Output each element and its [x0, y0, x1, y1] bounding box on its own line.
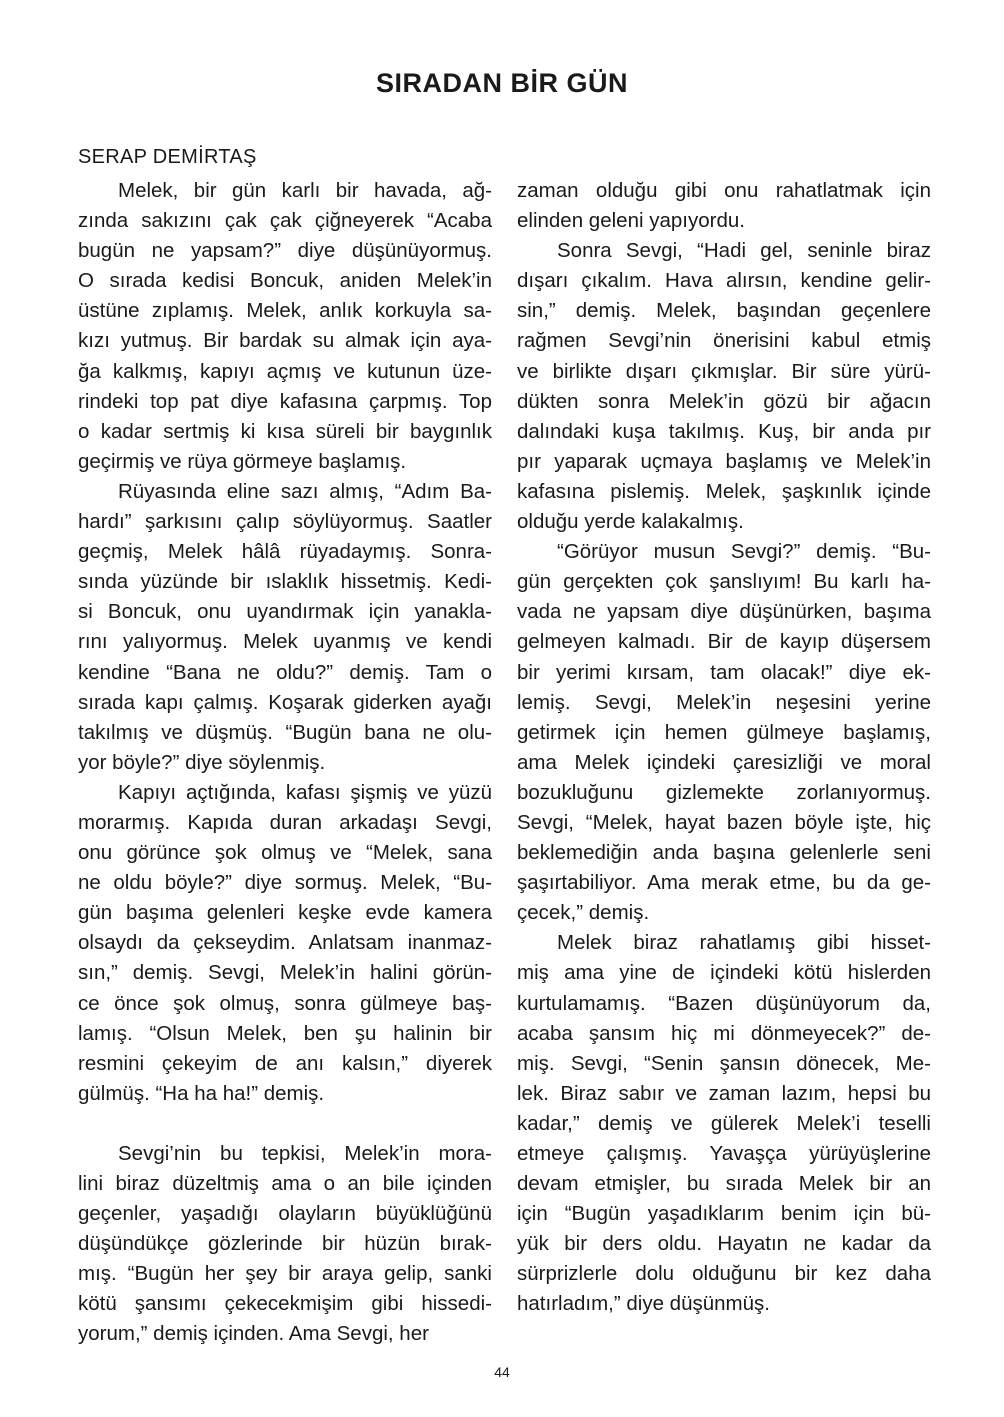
text-line: miş ama yine de içindeki kötü hislerden [517, 958, 931, 988]
text-line: hatırladım,” diye düşünmüş. [517, 1289, 931, 1319]
text-line: lamış. “Olsun Melek, ben şu halinin bir [78, 1019, 492, 1049]
text-line: zında sakızını çak çak çiğneyerek “Acaba [78, 206, 492, 236]
text-line: yor böyle?” diye söylenmiş. [78, 748, 492, 778]
text-line: pır yaparak uçmaya başlamış ve Melek’in [517, 447, 931, 477]
text-line: ğa kalkmış, kapıyı açmış ve kutunun üze- [78, 357, 492, 387]
paragraph: Melek, bir gün karlı bir havada, ağ-zınd… [78, 176, 492, 477]
text-line: Melek, bir gün karlı bir havada, ağ- [78, 176, 492, 206]
text-line: dışarı çıkalım. Hava alırsın, kendine ge… [517, 266, 931, 296]
text-line: çecek,” demiş. [517, 898, 931, 928]
right-column: zaman olduğu gibi onu rahatlatmak içinel… [517, 176, 931, 1320]
text-line: sın,” demiş. Sevgi, Melek’in halini görü… [78, 958, 492, 988]
text-line: lini biraz düzeltmiş ama o an bile içind… [78, 1169, 492, 1199]
text-line: ne oldu böyle?” diye sormuş. Melek, “Bu- [78, 868, 492, 898]
text-line: geçirmiş ve rüya görmeye başlamış. [78, 447, 492, 477]
text-line: yük bir ders oldu. Hayatın ne kadar da [517, 1229, 931, 1259]
text-line: o kadar sertmiş ki kısa süreli bir baygı… [78, 417, 492, 447]
text-line: kötü şansımı çekecekmişim gibi hissedi- [78, 1289, 492, 1319]
text-line: sında yüzünde bir ıslaklık hissetmiş. Ke… [78, 567, 492, 597]
text-line: Melek biraz rahatlamış gibi hisset- [517, 928, 931, 958]
text-line: dükten sonra Melek’in gözü bir ağacın [517, 387, 931, 417]
text-line: rını yalıyormuş. Melek uyanmış ve kendi [78, 627, 492, 657]
text-line: takılmış ve düşmüş. “Bugün bana ne olu- [78, 718, 492, 748]
text-line: olduğu yerde kalakalmış. [517, 507, 931, 537]
text-line: O sırada kedisi Boncuk, aniden Melek’in [78, 266, 492, 296]
paragraph: Sonra Sevgi, “Hadi gel, seninle birazdış… [517, 236, 931, 537]
text-line: olsaydı da çekseydim. Anlatsam inanmaz- [78, 928, 492, 958]
text-line: elinden geleni yapıyordu. [517, 206, 931, 236]
text-line: gün gerçekten çok şanslıyım! Bu karlı ha… [517, 567, 931, 597]
text-line: gelmeyen kalmadı. Bir de kayıp düşersem [517, 627, 931, 657]
text-line: rağmen Sevgi’nin önerisini kabul etmiş [517, 326, 931, 356]
text-line: lek. Biraz sabır ve zaman lazım, hepsi b… [517, 1079, 931, 1109]
paragraph: “Görüyor musun Sevgi?” demiş. “Bu-gün ge… [517, 537, 931, 928]
text-line: için “Bugün yaşadıklarım benim için bü- [517, 1199, 931, 1229]
text-line: yorum,” demiş içinden. Ama Sevgi, her [78, 1319, 492, 1349]
text-line: rindeki top pat diye kafasına çarpmış. T… [78, 387, 492, 417]
text-line: şaşırtabiliyor. Ama merak etme, bu da ge… [517, 868, 931, 898]
text-line: ama Melek içindeki çaresizliği ve moral [517, 748, 931, 778]
text-line: üstüne zıplamış. Melek, anlık korkuyla s… [78, 296, 492, 326]
text-line: vada ne yapsam diye düşünürken, başıma [517, 597, 931, 627]
paragraph: Melek biraz rahatlamış gibi hisset-miş a… [517, 928, 931, 1319]
text-line: gülmüş. “Ha ha ha!” demiş. [78, 1079, 492, 1109]
text-line: kurtulamamış. “Bazen düşünüyorum da, [517, 989, 931, 1019]
paragraph: Kapıyı açtığında, kafası şişmiş ve yüzüm… [78, 778, 492, 1109]
author-name: SERAP DEMİRTAŞ [78, 146, 257, 169]
paragraph: Rüyasında eline sazı almış, “Adım Ba-har… [78, 477, 492, 778]
text-line: geçenler, yaşadığı olayların büyüklüğünü [78, 1199, 492, 1229]
text-line: onu görünce şok olmuş ve “Melek, sana [78, 838, 492, 868]
text-line: devam etmişler, bu sırada Melek bir an [517, 1169, 931, 1199]
text-line: Rüyasında eline sazı almış, “Adım Ba- [78, 477, 492, 507]
text-line: lemiş. Sevgi, Melek’in neşesini yerine [517, 688, 931, 718]
text-line: kendine “Bana ne oldu?” demiş. Tam o [78, 658, 492, 688]
paragraph: zaman olduğu gibi onu rahatlatmak içinel… [517, 176, 931, 236]
text-line: düşündükçe gözlerinde bir hüzün bırak- [78, 1229, 492, 1259]
text-line: Sonra Sevgi, “Hadi gel, seninle biraz [517, 236, 931, 266]
paragraph: Sevgi’nin bu tepkisi, Melek’in mora-lini… [78, 1139, 492, 1350]
text-line: acaba şansım hiç mi dönmeyecek?” de- [517, 1019, 931, 1049]
text-line: getirmek için hemen gülmeye başlamış, [517, 718, 931, 748]
text-line: si Boncuk, onu uyandırmak için yanakla- [78, 597, 492, 627]
text-line: “Görüyor musun Sevgi?” demiş. “Bu- [517, 537, 931, 567]
text-line: resmini çekeyim de anı kalsın,” diyerek [78, 1049, 492, 1079]
story-title: SIRADAN BİR GÜN [0, 68, 1004, 99]
text-line: sırada kapı çalmış. Koşarak giderken aya… [78, 688, 492, 718]
text-line: miş. Sevgi, “Senin şansın dönecek, Me- [517, 1049, 931, 1079]
text-line: bir yerimi kırsam, tam olacak!” diye ek- [517, 658, 931, 688]
text-line: bugün ne yapsam?” diye düşünüyormuş. [78, 236, 492, 266]
text-line: bozukluğunu gizlemekte zorlanıyormuş. [517, 778, 931, 808]
left-column: Melek, bir gün karlı bir havada, ağ-zınd… [78, 176, 492, 1350]
text-line: kızı yutmuş. Bir bardak su almak için ay… [78, 326, 492, 356]
page-number: 44 [0, 1364, 1004, 1380]
text-line: zaman olduğu gibi onu rahatlatmak için [517, 176, 931, 206]
text-line: Sevgi, “Melek, hayat bazen böyle işte, h… [517, 808, 931, 838]
text-line: Sevgi’nin bu tepkisi, Melek’in mora- [78, 1139, 492, 1169]
text-line: mış. “Bugün her şey bir araya gelip, san… [78, 1259, 492, 1289]
text-line: morarmış. Kapıda duran arkadaşı Sevgi, [78, 808, 492, 838]
text-line: kadar,” demiş ve gülerek Melek’i teselli [517, 1109, 931, 1139]
text-line: ce önce şok olmuş, sonra gülmeye baş- [78, 989, 492, 1019]
text-line: dalındaki kuşa takılmış. Kuş, bir anda p… [517, 417, 931, 447]
text-line: kafasına pislemiş. Melek, şaşkınlık için… [517, 477, 931, 507]
text-line: sürprizlerle dolu olduğunu bir kez daha [517, 1259, 931, 1289]
text-line: beklemediğin anda başına gelenlerle seni [517, 838, 931, 868]
text-line: ve birlikte dışarı çıkmışlar. Bir süre y… [517, 357, 931, 387]
text-line: Kapıyı açtığında, kafası şişmiş ve yüzü [78, 778, 492, 808]
text-line: etmeye çalışmış. Yavaşça yürüyüşlerine [517, 1139, 931, 1169]
text-line: sin,” demiş. Melek, başından geçenlere [517, 296, 931, 326]
text-line: hardı” şarkısını çalıp söylüyormuş. Saat… [78, 507, 492, 537]
text-line: gün başıma gelenleri keşke evde kamera [78, 898, 492, 928]
text-line: geçmiş, Melek hâlâ rüyadaymış. Sonra- [78, 537, 492, 567]
